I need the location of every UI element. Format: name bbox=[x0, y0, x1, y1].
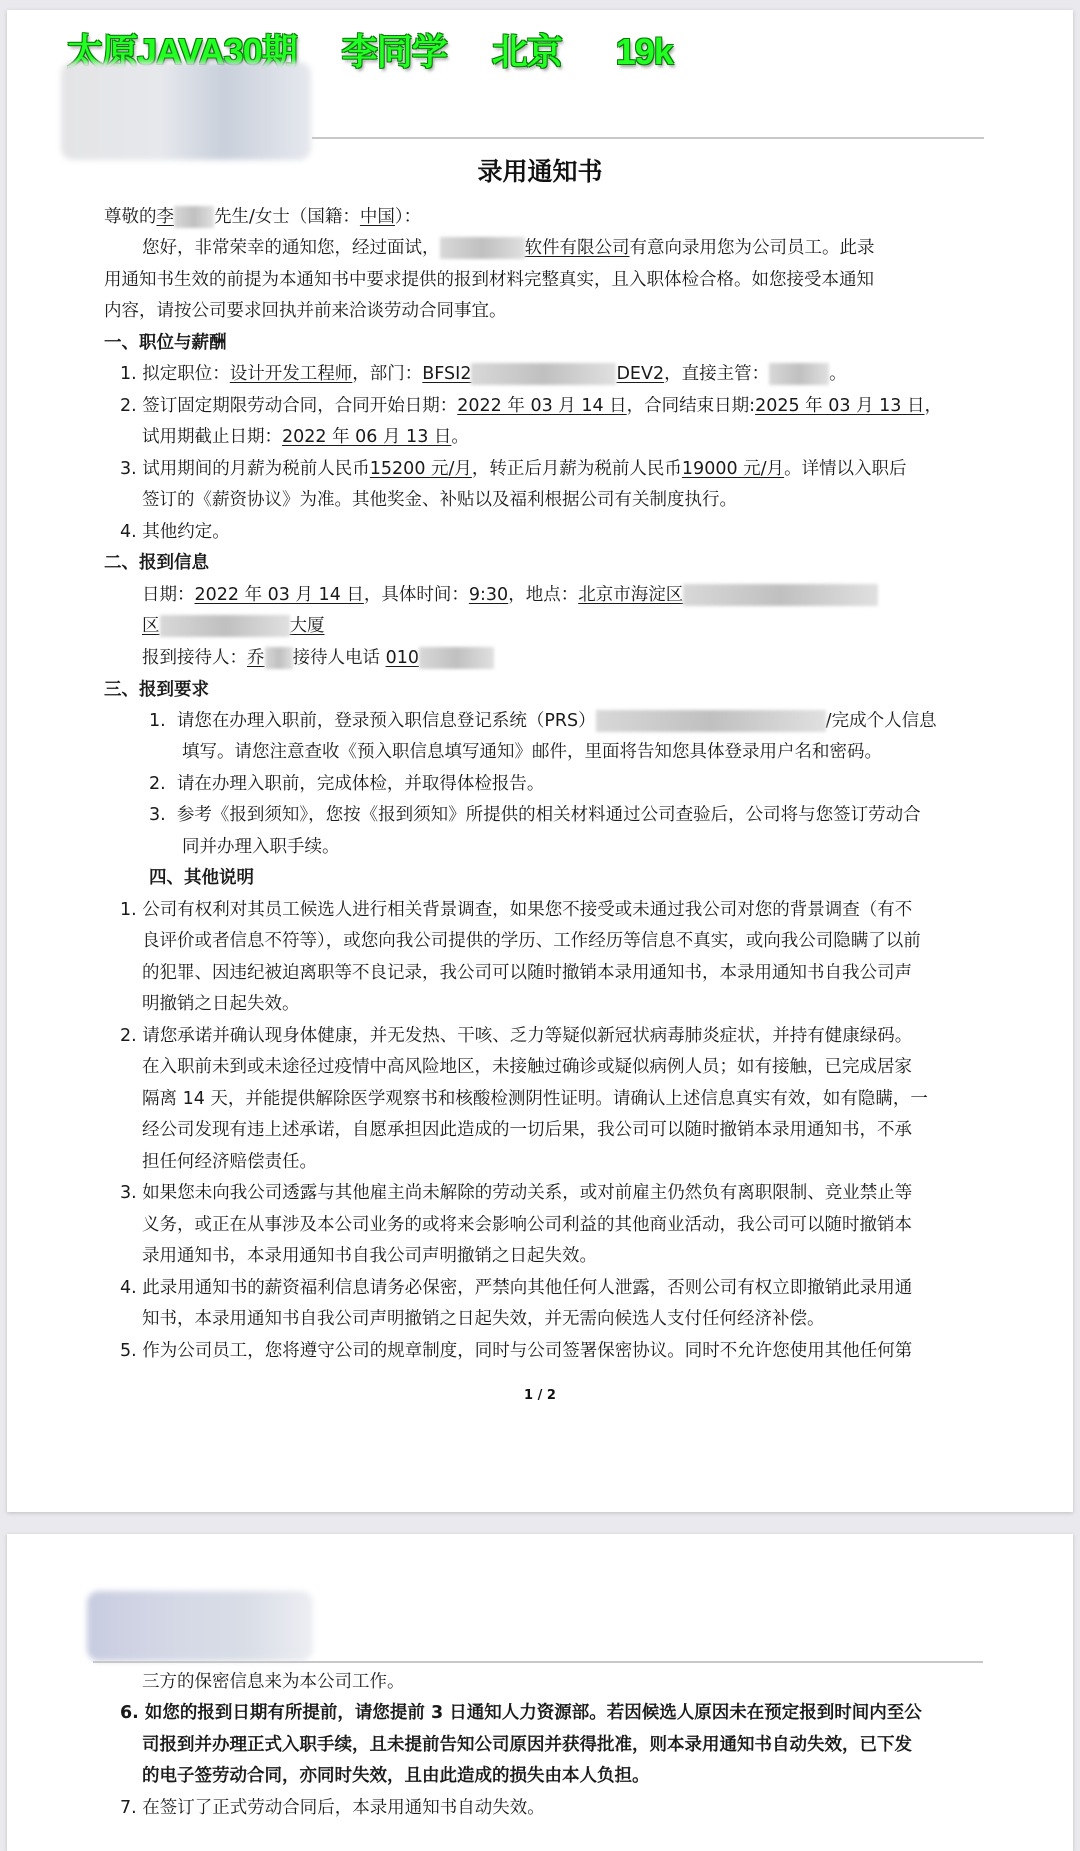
probation-end-date: 2022 年 06 月 13 日 bbox=[282, 427, 451, 447]
section4-item-2-line-5: 担任何经济赔偿责任。 bbox=[142, 1150, 317, 1174]
section4-item-5-cont: 三方的保密信息来为本公司工作。 bbox=[142, 1670, 405, 1694]
redacted-phone bbox=[419, 647, 494, 669]
receiver-line: 报到接待人：乔接待人电话 010 bbox=[142, 646, 494, 670]
section4-item-1-line-4: 明撤销之日起失效。 bbox=[142, 992, 300, 1016]
position: 设计开发工程师 bbox=[230, 364, 353, 384]
candidate-name: 李 bbox=[157, 207, 175, 227]
section3-item-3: 3. 参考《报到须知》，您按《报到须知》所提供的相关材料通过公司查验后，公司将与… bbox=[149, 803, 921, 827]
redacted-address-2 bbox=[160, 615, 290, 637]
section4-item-2-line-4: 经公司发现有违上述承诺，自愿承担因此造成的一切后果，我公司可以随时撤销本录用通知… bbox=[142, 1118, 912, 1142]
header-divider bbox=[93, 1661, 983, 1663]
contract-start-date: 2022 年 03 月 14 日 bbox=[457, 396, 626, 416]
section4-item-7: 7. 在签订了正式劳动合同后，本录用通知书自动失效。 bbox=[120, 1796, 545, 1820]
section4-item-3-line-2: 义务，或正在从事涉及本公司业务的或将来会影响公司利益的其他商业活动，我公司可以随… bbox=[142, 1213, 912, 1237]
section4-item-4-line-2: 知书，本录用通知书自我公司声明撤销之日起失效，并无需向候选人支付任何经济补偿。 bbox=[142, 1307, 825, 1331]
company-logo-redacted bbox=[61, 62, 311, 160]
contract-end-date: 2025 年 03 月 13 日 bbox=[755, 396, 924, 416]
section-heading-other-notes: 四、其他说明 bbox=[149, 866, 254, 890]
intro-line-1: 您好，非常荣幸的通知您，经过面试，软件有限公司有意向录用您为公司员工。此录 bbox=[142, 236, 875, 260]
section4-item-4: 4. 此录用通知书的薪资福利信息请务必保密，严禁向其他任何人泄露，否则公司有权立… bbox=[120, 1276, 912, 1300]
header-divider bbox=[312, 137, 984, 139]
section-heading-position-salary: 一、职位与薪酬 bbox=[104, 331, 227, 355]
section-heading-report-info: 二、报到信息 bbox=[104, 551, 209, 575]
report-time: 9:30 bbox=[469, 585, 508, 605]
section3-item-1: 1. 请您在办理入职前，登录预入职信息登记系统（PRS）/完成个人信息 bbox=[149, 709, 937, 733]
redacted-company bbox=[440, 237, 525, 259]
company-name: 软件有限公司 bbox=[525, 238, 630, 258]
intro-line-3: 内容，请按公司要求回执并前来洽谈劳动合同事宜。 bbox=[104, 299, 507, 323]
section4-item-1-line-3: 的犯罪、因违纪被迫离职等不良记录，我公司可以随时撤销本录用通知书，本录用通知书自… bbox=[142, 961, 912, 985]
section4-item-2-line-2: 在入职前未到或未途径过疫情中高风险地区，未接触过确诊或疑似病例人员；如有接触，已… bbox=[142, 1055, 912, 1079]
report-location-line-2: 区大厦 bbox=[142, 614, 325, 638]
section4-item-2: 2. 请您承诺并确认现身体健康，并无发热、干咳、乏力等疑似新冠状病毒肺炎症状，并… bbox=[120, 1024, 912, 1048]
section4-item-3-line-3: 录用通知书，本录用通知书自我公司声明撤销之日起失效。 bbox=[142, 1244, 597, 1268]
nationality: 中国 bbox=[360, 207, 395, 227]
redacted-name bbox=[174, 206, 214, 228]
redacted-prs-url bbox=[596, 710, 826, 732]
report-date: 2022 年 03 月 14 日 bbox=[195, 585, 364, 605]
section3-item-1-cont: 填写。请您注意查收《预入职信息填写通知》邮件，里面将告知您具体登录用户名和密码。 bbox=[182, 740, 882, 764]
report-location: 北京市海淀区 bbox=[578, 585, 683, 605]
receiver-phone: 010 bbox=[386, 648, 419, 668]
intro-line-2: 用通知书生效的前提为本通知书中要求提供的报到材料完整真实，且入职体检合格。如您接… bbox=[104, 268, 874, 292]
section1-item-2: 2. 签订固定期限劳动合同，合同开始日期：2022 年 03 月 14 日，合同… bbox=[120, 394, 942, 418]
redacted-manager bbox=[769, 363, 829, 385]
section4-item-2-line-3: 隔离 14 天，并能提供解除医学观察书和核酸检测阴性证明。请确认上述信息真实有效… bbox=[142, 1087, 928, 1111]
section4-item-6-line-3: 的电子签劳动合同，亦同时失效，且由此造成的损失由本人负担。 bbox=[142, 1764, 650, 1788]
section3-item-3-cont: 同并办理入职手续。 bbox=[182, 835, 340, 859]
redacted-department bbox=[471, 363, 616, 385]
document-title: 录用通知书 bbox=[7, 152, 1073, 188]
redacted-receiver bbox=[265, 647, 293, 669]
section4-item-3: 3. 如果您未向我公司透露与其他雇主尚未解除的劳动关系，或对前雇主仍然负有离职限… bbox=[120, 1181, 912, 1205]
probation-salary: 15200 元/月 bbox=[370, 459, 472, 479]
section4-item-6: 6. 如您的报到日期有所提前，请您提前 3 日通知人力资源部。若因候选人原因未在… bbox=[120, 1701, 922, 1725]
section4-item-6-line-2: 司报到并办理正式入职手续，且未提前告知公司原因并获得批准，则本录用通知书自动失效… bbox=[142, 1733, 912, 1757]
section4-item-5: 5. 作为公司员工，您将遵守公司的规章制度，同时与公司签署保密协议。同时不允许您… bbox=[120, 1339, 912, 1363]
greeting-line: 尊敬的李先生/女士（国籍：中国）： bbox=[104, 205, 421, 229]
report-date-line: 日期：2022 年 03 月 14 日，具体时间：9:30，地点：北京市海淀区 bbox=[142, 583, 878, 607]
section1-item-4: 4. 其他约定。 bbox=[120, 520, 230, 544]
section3-item-2: 2. 请在办理入职前，完成体检，并取得体检报告。 bbox=[149, 772, 544, 796]
section1-item-3: 3. 试用期间的月薪为税前人民币15200 元/月，转正后月薪为税前人民币190… bbox=[120, 457, 907, 481]
section1-item-3-cont: 签订的《薪资协议》为准。其他奖金、补贴以及福利根据公司有关制度执行。 bbox=[142, 488, 737, 512]
regular-salary: 19000 元/月 bbox=[682, 459, 784, 479]
document-page-1: 太原JAVA30期 李同学 北京 19k 录用通知书 尊敬的李先生/女士（国籍：… bbox=[7, 10, 1073, 1512]
document-page-2: 三方的保密信息来为本公司工作。 6. 如您的报到日期有所提前，请您提前 3 日通… bbox=[7, 1534, 1073, 1851]
section4-item-1-line-2: 良评价或者信息不符等），或您向我公司提供的学历、工作经历等信息不真实，或向我公司… bbox=[142, 929, 921, 953]
page-number: 1 / 2 bbox=[7, 1388, 1073, 1403]
section4-item-1: 1. 公司有权利对其员工候选人进行相关背景调查，如果您不接受或未通过我公司对您的… bbox=[120, 898, 912, 922]
receiver-name: 乔 bbox=[247, 648, 265, 668]
company-logo-redacted bbox=[87, 1591, 313, 1661]
section1-item-1: 1. 拟定职位：设计开发工程师，部门：BFSI2DEV2，直接主管：。 bbox=[120, 362, 847, 386]
section1-item-2-cont: 试用期截止日期：2022 年 06 月 13 日。 bbox=[142, 425, 469, 449]
section-heading-report-requirements: 三、报到要求 bbox=[104, 678, 209, 702]
redacted-address bbox=[683, 584, 878, 606]
